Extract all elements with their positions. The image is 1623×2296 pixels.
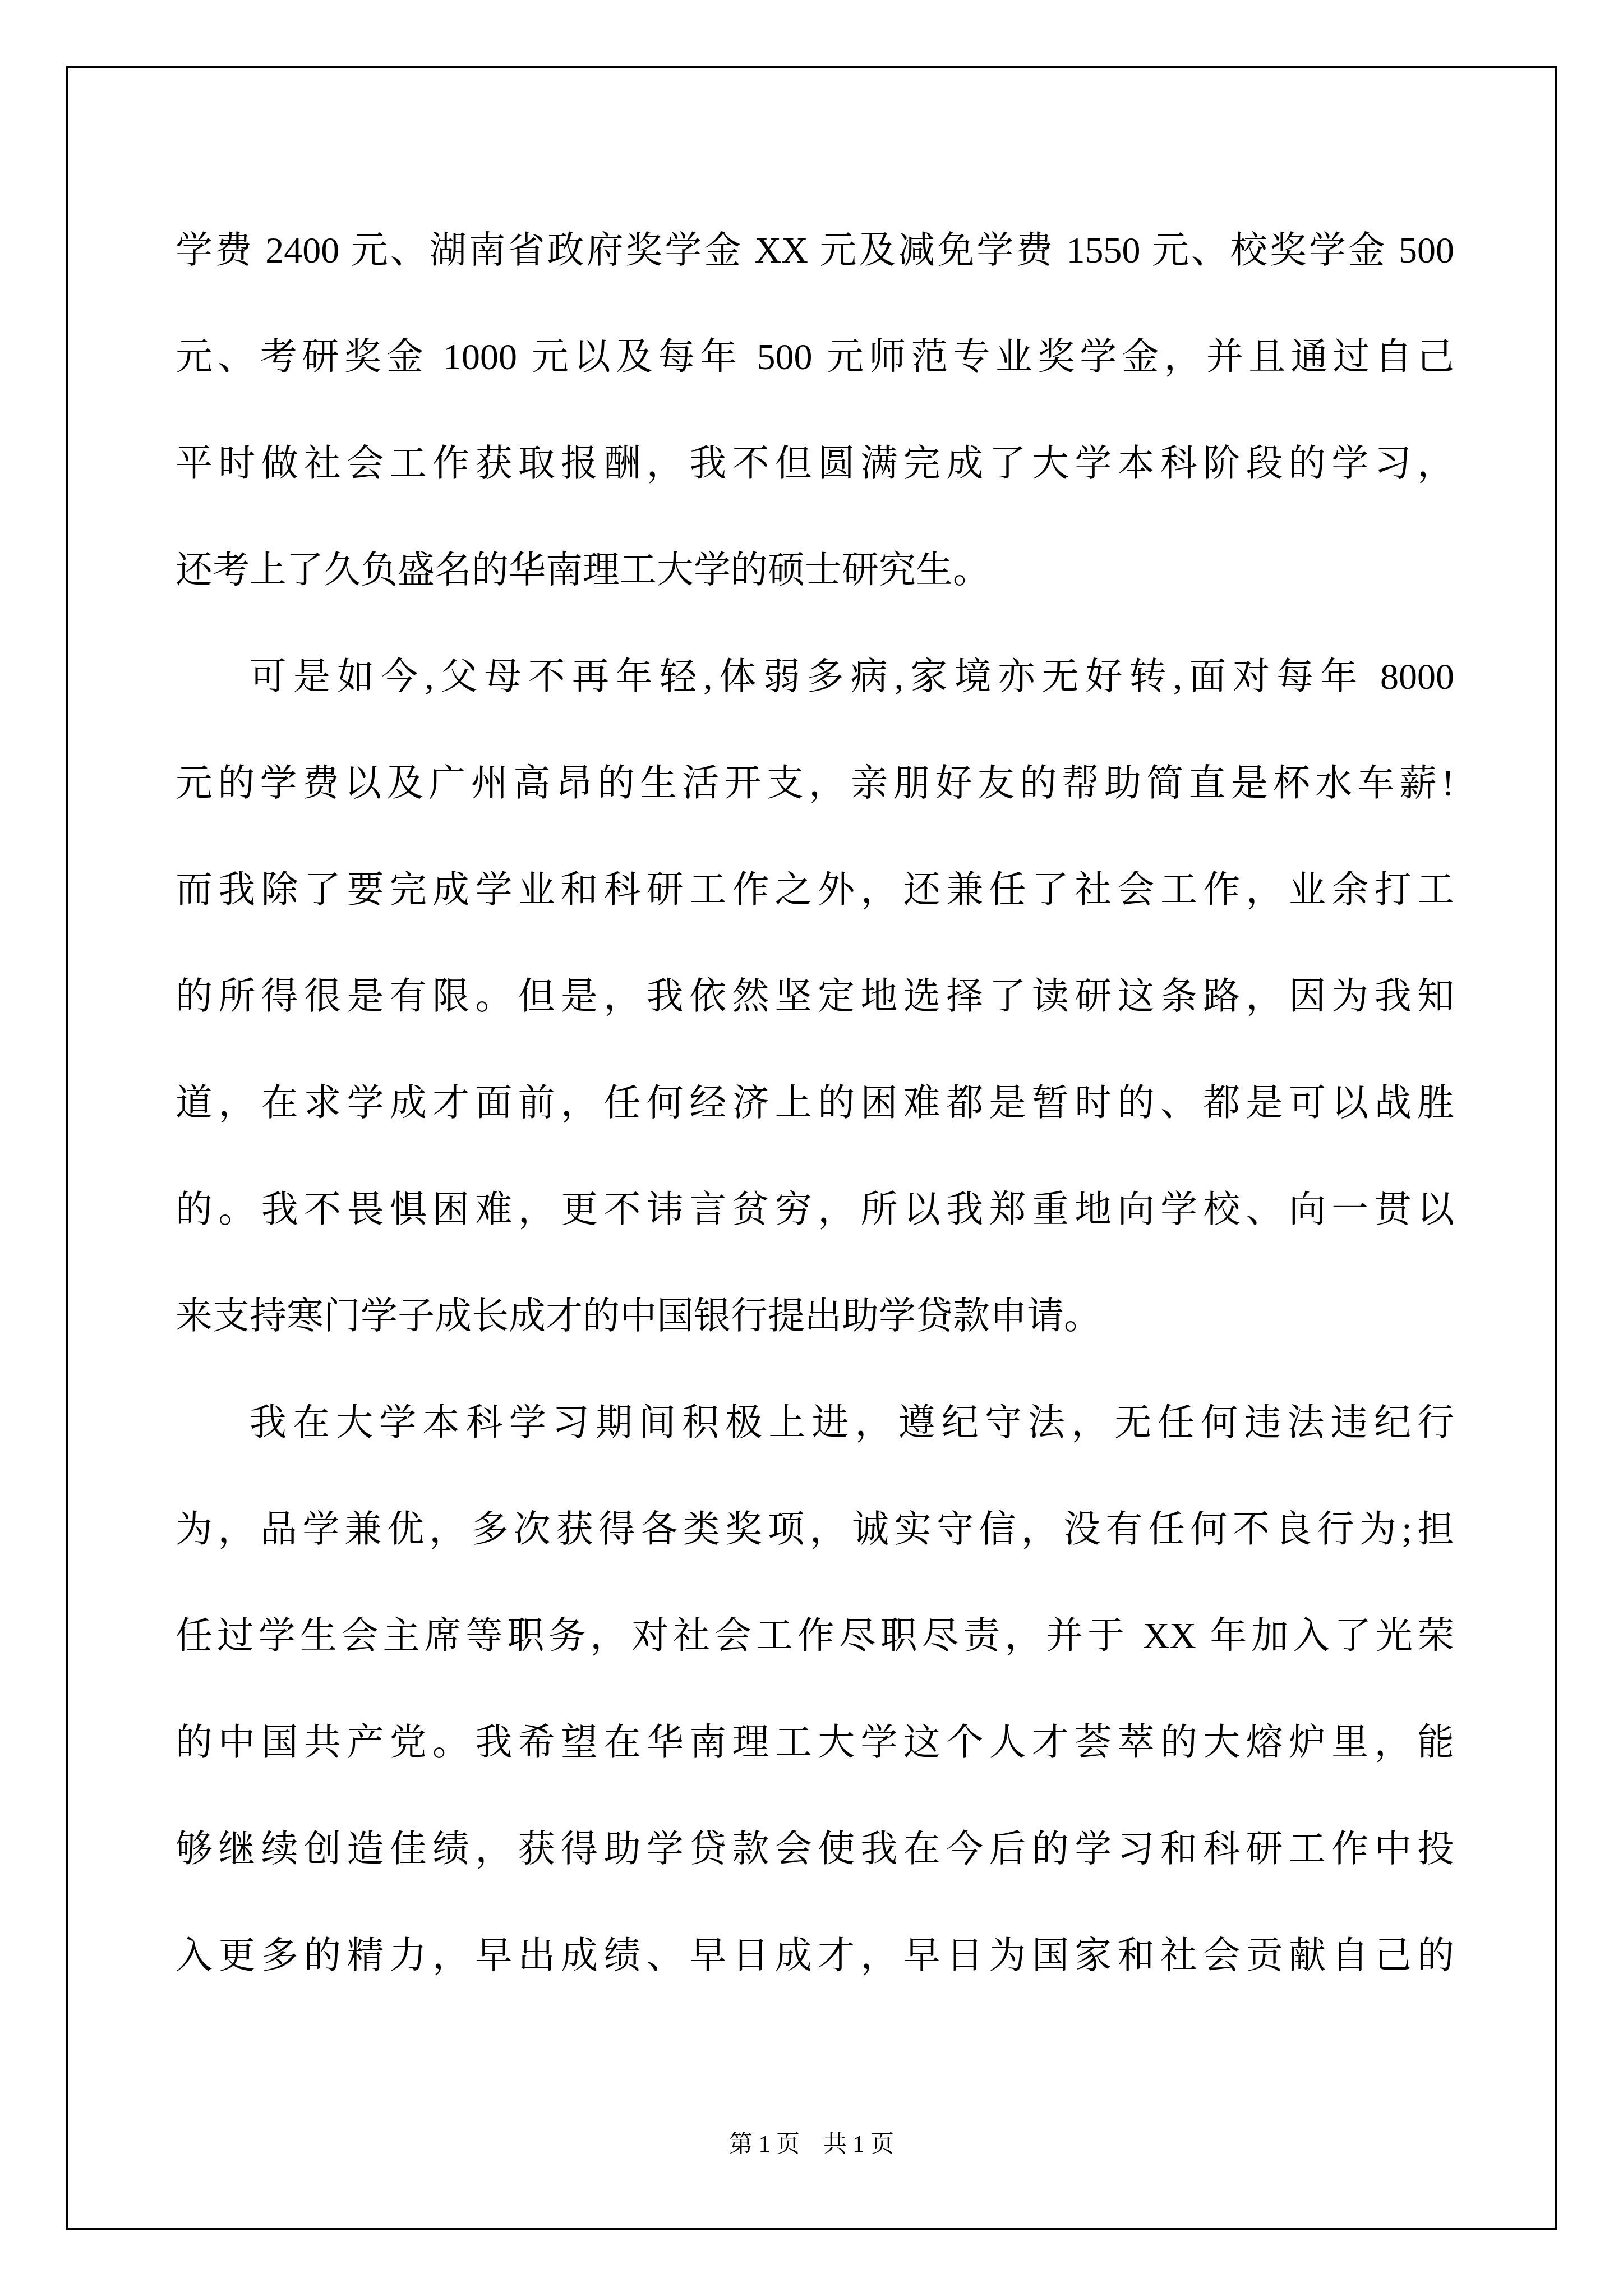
text-line: 的中国共产党。我希望在华南理工大学这个人才荟萃的大熔炉里，能: [176, 1690, 1454, 1796]
text-line: 够继续创造佳绩，获得助学贷款会使我在今后的学习和科研工作中投: [176, 1796, 1454, 1903]
text-line: 的。我不畏惧困难，更不讳言贫穷，所以我郑重地向学校、向一贯以: [176, 1157, 1454, 1263]
page-number-label: 第 1 页: [729, 2132, 800, 2157]
page-footer: 第 1 页共 1 页: [0, 2131, 1623, 2159]
text-line: 入更多的精力，早出成绩、早日成才，早日为国家和社会贡献自己的: [176, 1903, 1454, 2009]
text-line: 任过学生会主席等职务，对社会工作尽职尽责，并于 XX 年加入了光荣: [176, 1583, 1454, 1690]
text-line: 还考上了久负盛名的华南理工大学的硕士研究生。: [176, 517, 1454, 624]
text-line: 而我除了要完成学业和科研工作之外，还兼任了社会工作，业余打工: [176, 837, 1454, 944]
text-line: 元的学费以及广州高昂的生活开支，亲朋好友的帮助简直是杯水车薪!: [176, 730, 1454, 837]
page-total-label: 共 1 页: [823, 2132, 894, 2157]
text-line: 来支持寒门学子成长成才的中国银行提出助学贷款申请。: [176, 1263, 1454, 1370]
text-line: 我在大学本科学习期间积极上进，遵纪守法，无任何违法违纪行: [176, 1370, 1454, 1476]
text-line: 为，品学兼优，多次获得各类奖项，诚实守信，没有任何不良行为;担: [176, 1476, 1454, 1583]
text-line: 元、考研奖金 1000 元以及每年 500 元师范专业奖学金，并且通过自己: [176, 304, 1454, 411]
text-line: 道，在求学成才面前，任何经济上的困难都是暂时的、都是可以战胜: [176, 1050, 1454, 1157]
document-page: 学费 2400 元、湖南省政府奖学金 XX 元及减免学费 1550 元、校奖学金…: [0, 0, 1623, 2296]
document-body: 学费 2400 元、湖南省政府奖学金 XX 元及减免学费 1550 元、校奖学金…: [176, 197, 1454, 2009]
text-line: 平时做社会工作获取报酬，我不但圆满完成了大学本科阶段的学习，: [176, 411, 1454, 517]
text-line: 学费 2400 元、湖南省政府奖学金 XX 元及减免学费 1550 元、校奖学金…: [176, 197, 1454, 304]
text-line: 的所得很是有限。但是，我依然坚定地选择了读研这条路，因为我知: [176, 944, 1454, 1050]
text-line: 可是如今,父母不再年轻,体弱多病,家境亦无好转,面对每年 8000: [176, 624, 1454, 730]
